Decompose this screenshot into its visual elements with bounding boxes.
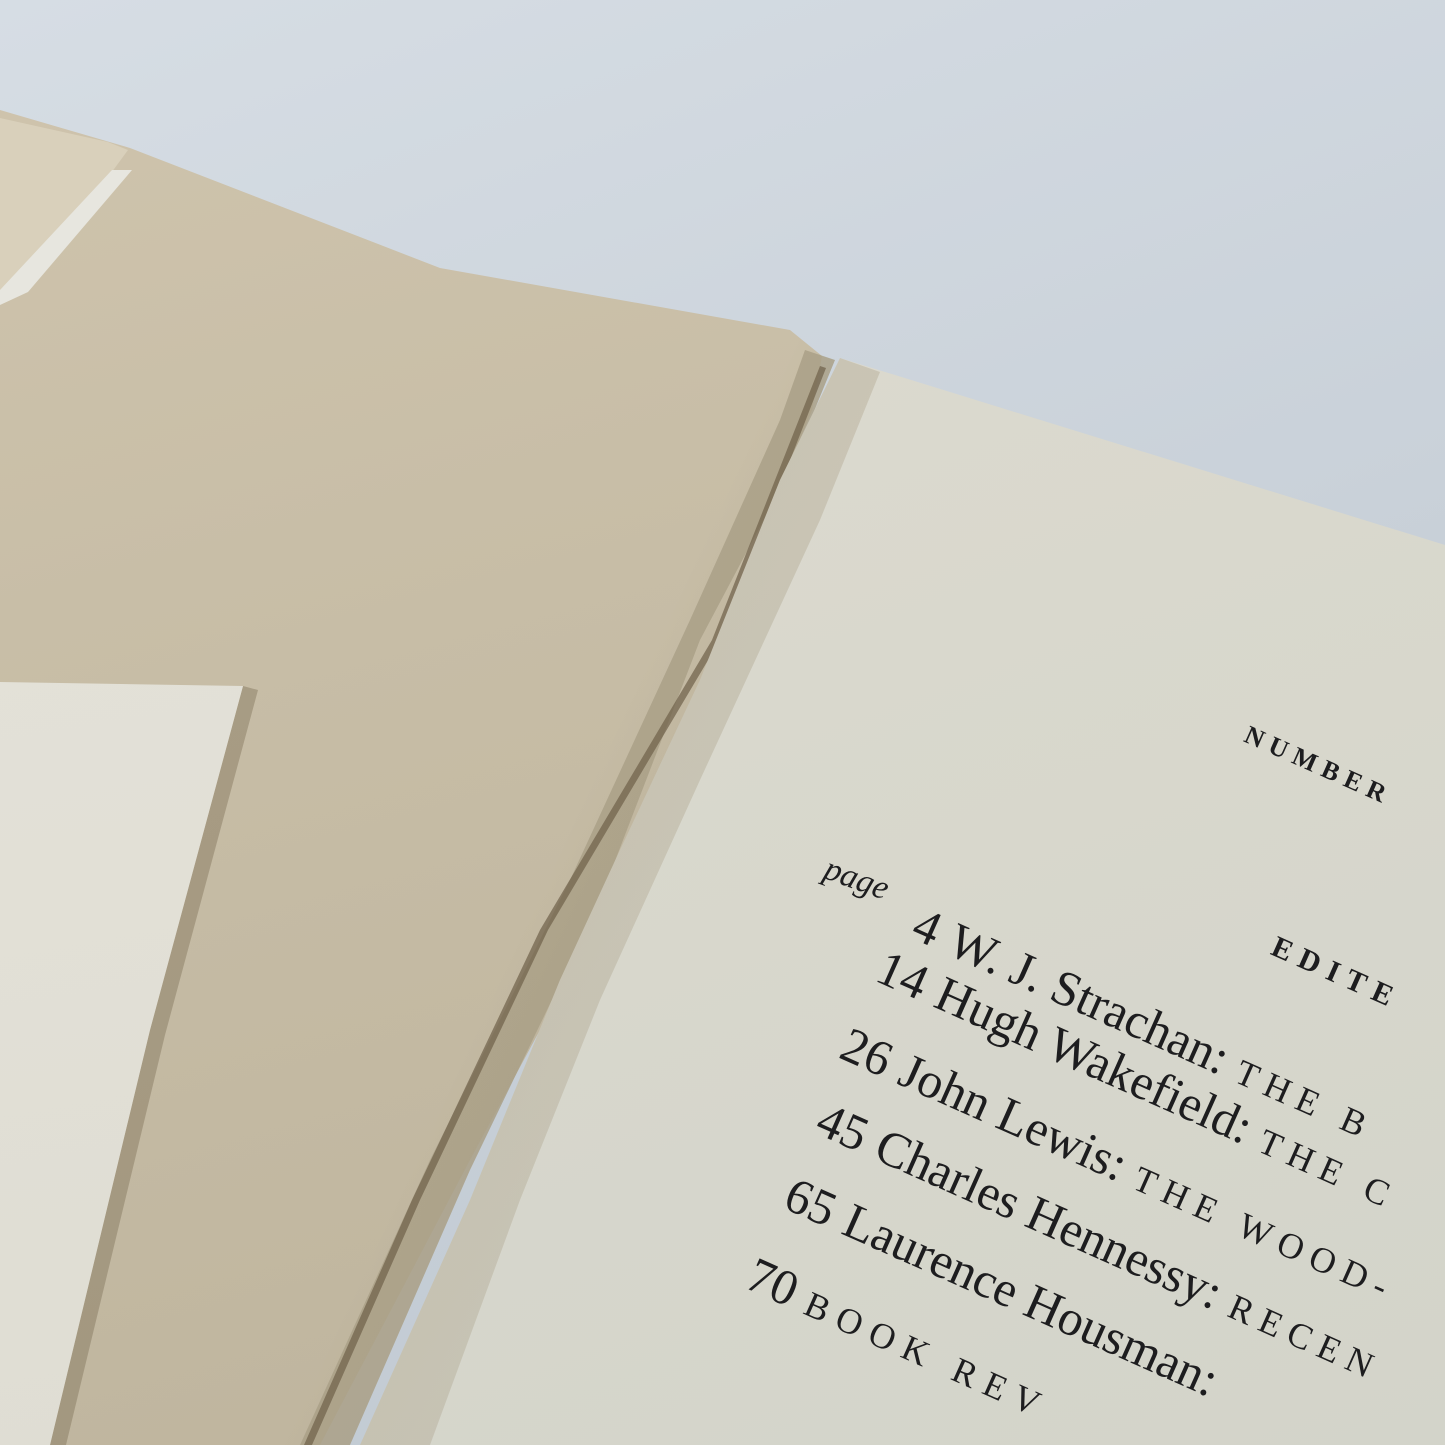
book-photo-scene: NUMBER EDITE page 4W. J. Strachan:THE B … [0, 0, 1445, 1445]
